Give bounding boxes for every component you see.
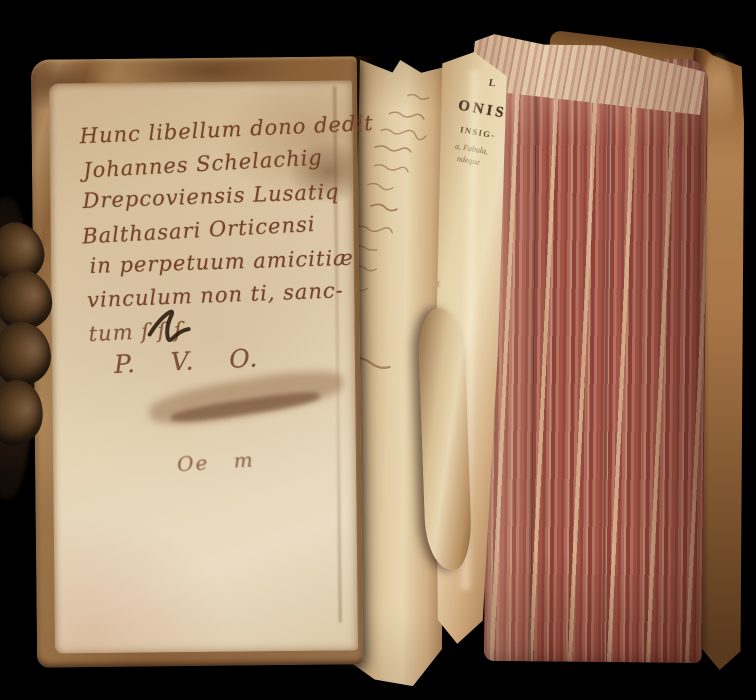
front-cover: Hunc libellum dono dedit Johannes Schela… — [31, 56, 363, 667]
ownership-inscription: Hunc libellum dono dedit Johannes Schela… — [79, 107, 377, 382]
ink-blot — [143, 304, 191, 349]
red-stained-fore-edge — [484, 57, 708, 663]
erased-text: Oe m — [176, 447, 255, 476]
photo-antique-book: L ONIS INSIG- a, Fabula, ndeque ad. Hunc… — [0, 0, 756, 700]
pastedown: Hunc libellum dono dedit Johannes Schela… — [49, 80, 358, 653]
